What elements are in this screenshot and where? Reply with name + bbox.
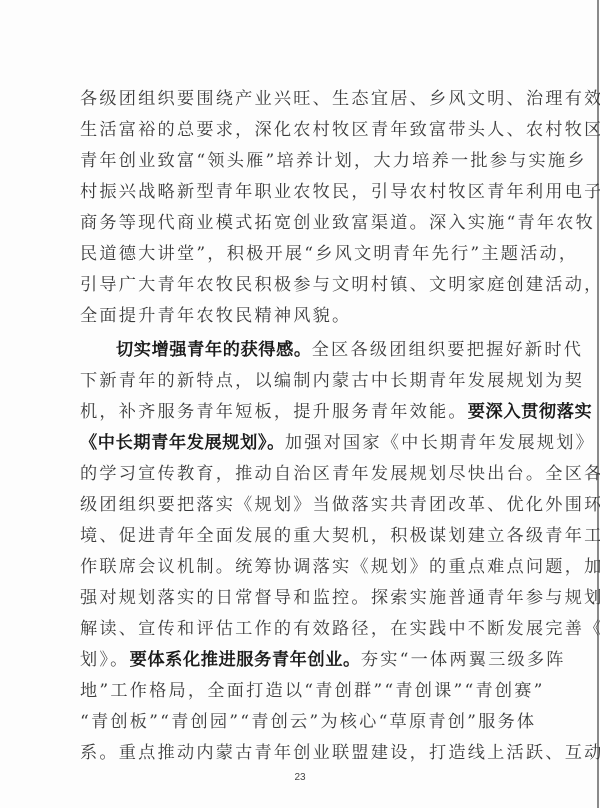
subheading-bold: 《中长期青年发展规划》。: [80, 433, 285, 453]
text-line: 级团组织要把落实《规划》当做落实共青团改革、优化外围环: [80, 490, 512, 521]
subheading-bold: 要深入贯彻落实: [468, 402, 593, 422]
text-line: 下新青年的新特点，以编制内蒙古中长期青年发展规划为契: [80, 366, 512, 397]
text-segment: 加强对国家《中长期青年发展规划》: [285, 433, 595, 453]
text-line: 各级团组织要围绕产业兴旺、生态宜居、乡风文明、治理有效、: [80, 84, 512, 115]
text-segment: 引导广大青年农牧民积极参与文明村镇、文明家庭创建活动，: [80, 275, 600, 295]
text-line: 强对规划落实的日常督导和监控。探索实施普通青年参与规划: [80, 583, 512, 614]
text-line: “青创板”“青创园”“青创云”为核心“草原青创”服务体: [80, 707, 512, 738]
text-line: 民道德大讲堂”，积极开展“乡风文明青年先行”主题活动，: [80, 239, 512, 270]
text-segment: 全区各级团组织要把握好新时代: [312, 340, 583, 360]
text-segment: 下新青年的新特点，以编制内蒙古中长期青年发展规划为契: [80, 371, 584, 391]
document-body: 各级团组织要围绕产业兴旺、生态宜居、乡风文明、治理有效、 生活富裕的总要求，深化…: [80, 84, 512, 769]
text-segment: 各级团组织要围绕产业兴旺、生态宜居、乡风文明、治理有效、: [80, 89, 600, 109]
text-line: 地”工作格局，全面打造以“青创群”“青创课”“青创赛”: [80, 676, 512, 707]
text-line: 引导广大青年农牧民积极参与文明村镇、文明家庭创建活动，: [80, 270, 512, 301]
text-line: 生活富裕的总要求，深化农村牧区青年致富带头人、农村牧区: [80, 115, 512, 146]
section-heading-bold: 切实增强青年的获得感。: [116, 340, 312, 360]
text-segment: 生活富裕的总要求，深化农村牧区青年致富带头人、农村牧区: [80, 120, 600, 140]
text-line: 《中长期青年发展规划》。加强对国家《中长期青年发展规划》: [80, 428, 512, 459]
text-line: 作联席会议机制。统筹协调落实《规划》的重点难点问题，加: [80, 552, 512, 583]
text-segment: 地”工作格局，全面打造以“青创群”“青创课”“青创赛”: [80, 681, 545, 701]
text-segment: 境、促进青年全面发展的重大契机，积极谋划建立各级青年工: [80, 526, 600, 546]
text-segment: 商务等现代商业模式拓宽创业致富渠道。深入实施“青年农牧: [80, 213, 595, 233]
text-segment: 的学习宣传教育，推动自治区青年发展规划尽快出台。全区各: [80, 464, 600, 484]
text-line: 的学习宣传教育，推动自治区青年发展规划尽快出台。全区各: [80, 459, 512, 490]
text-segment: 划》。: [80, 650, 130, 670]
text-line: 商务等现代商业模式拓宽创业致富渠道。深入实施“青年农牧: [80, 208, 512, 239]
text-line: 全面提升青年农牧民精神风貌。: [80, 301, 512, 332]
text-segment: 夯实“一体两翼三级多阵: [361, 650, 566, 670]
text-segment: 民道德大讲堂”，积极开展“乡风文明青年先行”主题活动，: [80, 244, 578, 264]
text-segment: 系。重点推动内蒙古青年创业联盟建设，打造线上活跃、互动: [80, 743, 600, 763]
text-segment: 机，补齐服务青年短板，提升服务青年效能。: [80, 402, 468, 422]
text-segment: 解读、宣传和评估工作的有效路径，在实践中不断发展完善《规: [80, 619, 600, 639]
text-line: 境、促进青年全面发展的重大契机，积极谋划建立各级青年工: [80, 521, 512, 552]
text-segment: “青创板”“青创园”“青创云”为核心“草原青创”服务体: [80, 712, 536, 732]
text-segment: 强对规划落实的日常督导和监控。探索实施普通青年参与规划: [80, 588, 600, 608]
page-number: 23: [0, 772, 600, 783]
text-line: 青年创业致富“领头雁”培养计划，大力培养一批参与实施乡: [80, 146, 512, 177]
text-line: 划》。要体系化推进服务青年创业。夯实“一体两翼三级多阵: [80, 645, 512, 676]
text-line: 解读、宣传和评估工作的有效路径，在实践中不断发展完善《规: [80, 614, 512, 645]
subheading-bold: 要体系化推进服务青年创业。: [130, 650, 361, 670]
text-segment: 级团组织要把落实《规划》当做落实共青团改革、优化外围环: [80, 495, 600, 515]
paragraph-start-line: 切实增强青年的获得感。全区各级团组织要把握好新时代: [80, 335, 512, 366]
text-line: 机，补齐服务青年短板，提升服务青年效能。要深入贯彻落实: [80, 397, 512, 428]
text-segment: 全面提升青年农牧民精神风貌。: [80, 306, 351, 326]
text-line: 系。重点推动内蒙古青年创业联盟建设，打造线上活跃、互动: [80, 738, 512, 769]
text-segment: 作联席会议机制。统筹协调落实《规划》的重点难点问题，加: [80, 557, 600, 577]
text-segment: 村振兴战略新型青年职业农牧民，引导农村牧区青年利用电子: [80, 182, 600, 202]
text-line: 村振兴战略新型青年职业农牧民，引导农村牧区青年利用电子: [80, 177, 512, 208]
text-segment: 青年创业致富“领头雁”培养计划，大力培养一批参与实施乡: [80, 151, 587, 171]
